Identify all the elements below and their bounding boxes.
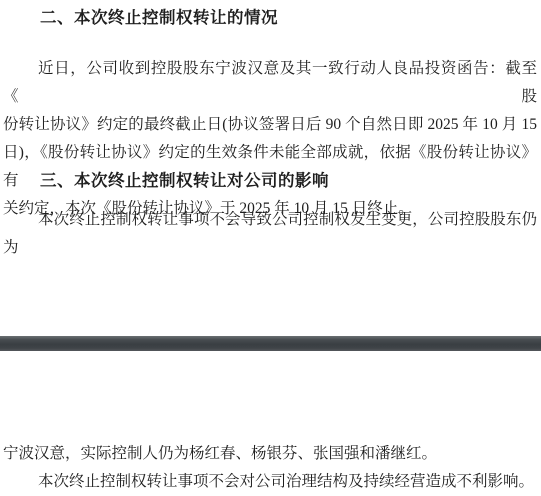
page-separator-bar [0, 336, 541, 351]
paragraph-line: 宁波汉意，实际控制人仍为杨红春、杨银芬、张国强和潘继红。 [3, 440, 537, 468]
section-2-paragraph: 近日，公司收到控股股东宁波汉意及其一致行动人良品投资函告：截至《股 份转让协议》… [3, 55, 537, 223]
section-3-paragraph-top: 本次终止控制权转让事项不会导致公司控制权发生变更，公司控股股东仍为 [3, 206, 537, 262]
section-3-paragraph-bottom: 宁波汉意，实际控制人仍为杨红春、杨银芬、张国强和潘继红。 本次终止控制权转让事项… [3, 440, 537, 496]
paragraph-line: 近日，公司收到控股股东宁波汉意及其一致行动人良品投资函告：截至《股 [3, 55, 537, 111]
section-3-heading: 三、本次终止控制权转让对公司的影响 [3, 169, 537, 193]
section-2-heading: 二、本次终止控制权转让的情况 [3, 6, 537, 30]
pdf-document-view: 二、本次终止控制权转让的情况 近日，公司收到控股股东宁波汉意及其一致行动人良品投… [0, 0, 541, 496]
paragraph-line: 本次终止控制权转让事项不会导致公司控制权发生变更，公司控股股东仍为 [3, 206, 537, 262]
paragraph-line: 本次终止控制权转让事项不会对公司治理结构及持续经营造成不利影响。 [3, 468, 537, 496]
paragraph-line: 份转让协议》约定的最终截止日(协议签署日后 90 个自然日即 2025 年 10… [3, 111, 537, 139]
